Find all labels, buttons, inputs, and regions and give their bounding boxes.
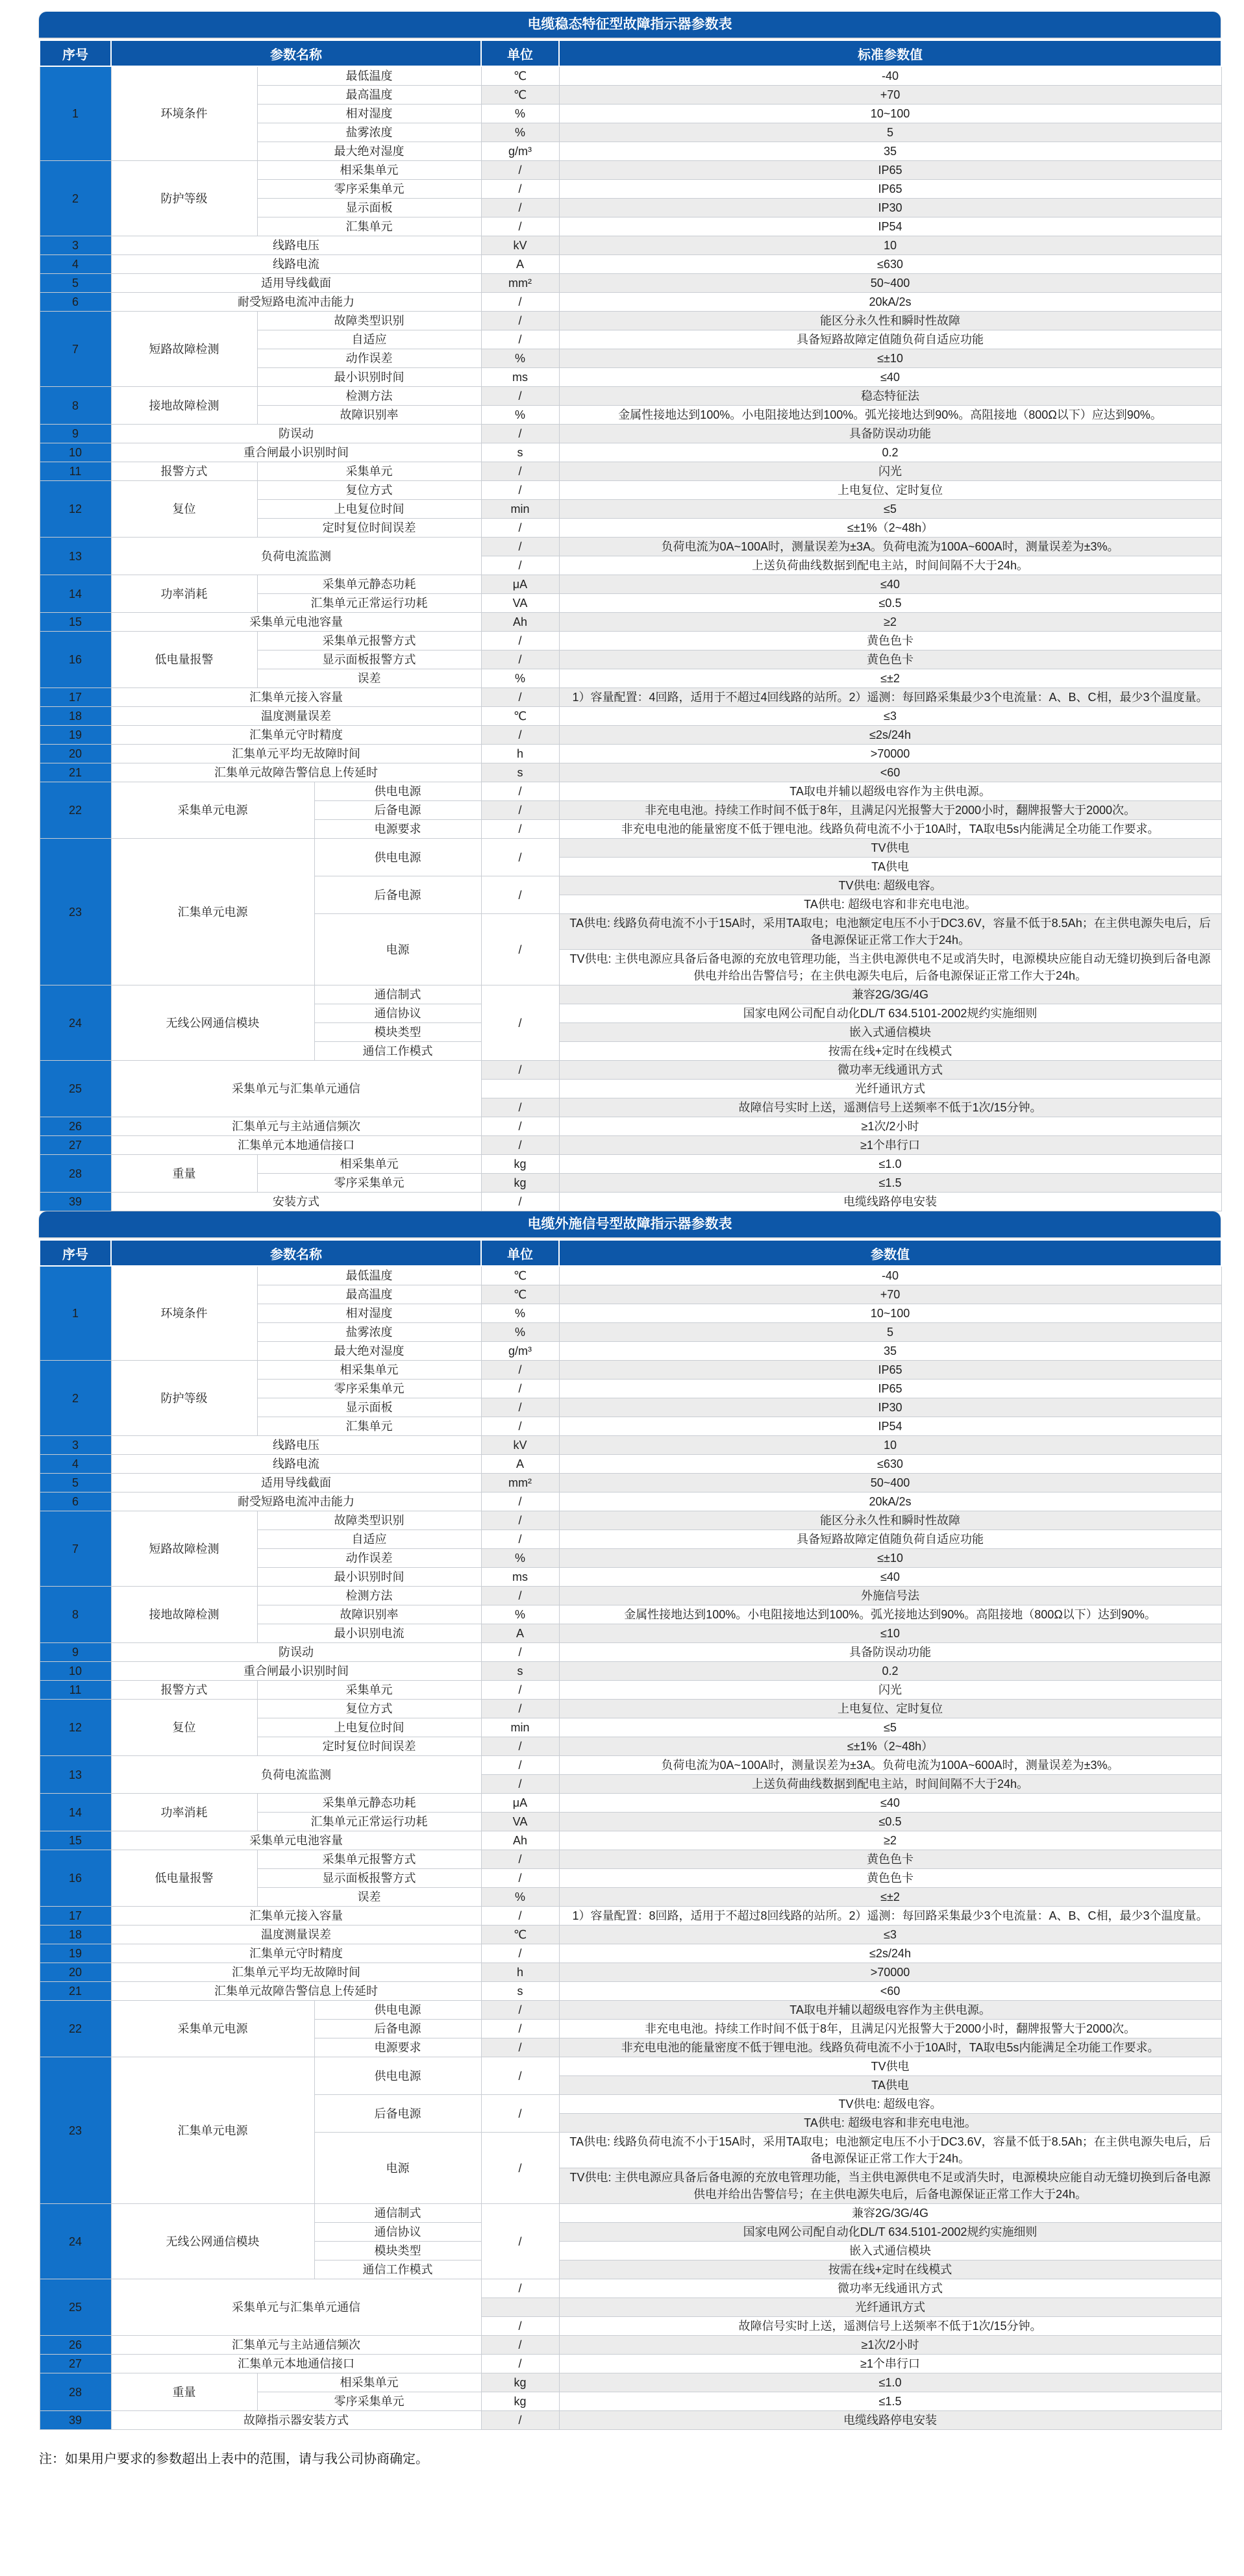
unit-cell: / [481, 387, 559, 406]
value-cell: 兼容2G/3G/4G [559, 2204, 1221, 2223]
unit-cell: ℃ [481, 1285, 559, 1304]
param-group-name-cell: 汇集单元平均无故障时间 [111, 745, 481, 763]
param-sub-name-cell: 定时复位时间误差 [257, 1737, 481, 1756]
value-cell: 1）容量配置：4回路，适用于不超过4回线路的站所。2）遥测：每回路采集最少3个电… [559, 688, 1221, 707]
param-group-name-cell: 耐受短路电流冲击能力 [111, 1492, 481, 1511]
param-group-name-cell: 汇集单元接入容量 [111, 688, 481, 707]
unit-cell: ms [481, 1568, 559, 1587]
value-cell: 20kA/2s [559, 1492, 1221, 1511]
table-row: 28重量相采集单元kg≤1.0 [40, 2373, 1221, 2392]
table-2-title: 电缆外施信号型故障指示器参数表 [39, 1211, 1221, 1237]
param-group-name-cell: 采集单元电池容量 [111, 1831, 481, 1850]
value-cell: ≤40 [559, 368, 1221, 387]
param-sub-name-cell: 汇集单元 [257, 217, 481, 236]
value-cell: ≤±1%（2~48h） [559, 1737, 1221, 1756]
unit-cell: kg [481, 1174, 559, 1193]
page: 电缆稳态特征型故障指示器参数表序号参数名称单位标准参数值1环境条件最低温度℃-4… [0, 0, 1244, 2484]
unit-cell: kg [481, 2392, 559, 2411]
param-group-name-cell: 故障指示器安装方式 [111, 2411, 481, 2430]
row-number-cell: 25 [40, 2279, 111, 2336]
value-cell: ≤0.5 [559, 1813, 1221, 1831]
value-cell: 兼容2G/3G/4G [559, 985, 1221, 1004]
unit-cell: / [481, 1117, 559, 1136]
row-number-cell: 21 [40, 1982, 111, 2001]
param-group-name-cell: 重量 [111, 2373, 257, 2411]
unit-cell: μA [481, 1794, 559, 1813]
value-cell: 故障信号实时上送，遥测信号上送频率不低于1次/15分钟。 [559, 2317, 1221, 2336]
value-cell: TA供电 [559, 2076, 1221, 2095]
param-sub-name-cell: 最大绝对湿度 [257, 142, 481, 161]
table-row: 16低电量报警采集单元报警方式/黄色色卡 [40, 632, 1221, 650]
value-cell: 光纤通讯方式 [559, 1080, 1221, 1098]
unit-cell: % [481, 349, 559, 368]
param-sub-name-cell: 最小识别时间 [257, 1568, 481, 1587]
row-number-cell: 7 [40, 312, 111, 387]
unit-cell: / [481, 1361, 559, 1380]
row-number-cell: 28 [40, 2373, 111, 2411]
param-group-name-cell: 复位 [111, 1700, 257, 1756]
unit-cell: / [481, 876, 559, 914]
value-cell: IP65 [559, 1380, 1221, 1398]
unit-cell: / [481, 161, 559, 180]
no-header: 序号 [40, 40, 111, 66]
table-row: 4线路电流A≤630 [40, 255, 1221, 274]
row-number-cell: 16 [40, 1850, 111, 1907]
value-cell: ≤40 [559, 1568, 1221, 1587]
value-cell: 负荷电流为0A~100A时，测量误差为±3A。负荷电流为100A~600A时，测… [559, 538, 1221, 556]
row-number-cell: 20 [40, 1963, 111, 1982]
value-cell: >70000 [559, 1963, 1221, 1982]
unit-cell: / [481, 556, 559, 575]
row-number-cell: 15 [40, 613, 111, 632]
unit-cell: VA [481, 594, 559, 613]
value-cell: 10 [559, 1436, 1221, 1455]
param-sub-name-cell: 采集单元静态功耗 [257, 1794, 481, 1813]
param-sub-name-cell: 汇集单元 [257, 1417, 481, 1436]
row-number-cell: 21 [40, 763, 111, 782]
table-row: 2防护等级相采集单元/IP65 [40, 161, 1221, 180]
param-group-name-cell: 环境条件 [111, 66, 257, 161]
unit-cell: mm² [481, 274, 559, 293]
table-row: 22采集单元电源供电电源/TA取电并辅以超级电容作为主供电源。 [40, 2001, 1221, 2020]
value-cell: 微功率无线通讯方式 [559, 1061, 1221, 1080]
value-cell: 国家电网公司配自动化DL/T 634.5101-2002规约实施细则 [559, 2223, 1221, 2242]
table-2-grid: 序号参数名称单位参数值1环境条件最低温度℃-40最高温度℃+70相对湿度%10~… [39, 1239, 1222, 2430]
param-sub-name-cell: 电源 [314, 2133, 481, 2204]
param-sub-name-cell: 误差 [257, 669, 481, 688]
value-cell: TV供电: 超级电容。 [559, 876, 1221, 895]
header-row: 序号参数名称单位标准参数值 [40, 40, 1221, 66]
param-sub-name-cell: 模块类型 [314, 1023, 481, 1042]
unit-cell: / [481, 1511, 559, 1530]
param-group-name-cell: 汇集单元故障告警信息上传延时 [111, 1982, 481, 2001]
unit-cell: A [481, 1624, 559, 1643]
unit-cell: / [481, 1700, 559, 1718]
value-cell: 10 [559, 236, 1221, 255]
param-group-name-cell: 报警方式 [111, 462, 257, 481]
unit-cell: / [481, 538, 559, 556]
unit-cell: / [481, 1398, 559, 1417]
unit-cell: A [481, 255, 559, 274]
value-cell: IP65 [559, 161, 1221, 180]
name-header: 参数名称 [111, 1240, 481, 1266]
param-sub-name-cell: 通信协议 [314, 2223, 481, 2242]
unit-cell: / [481, 1193, 559, 1211]
row-number-cell: 3 [40, 236, 111, 255]
value-cell: IP30 [559, 1398, 1221, 1417]
param-group-name-cell: 汇集单元本地通信接口 [111, 1136, 481, 1155]
table-row: 6耐受短路电流冲击能力/20kA/2s [40, 293, 1221, 312]
value-cell: 非充电电池。持续工作时间不低于8年，且满足闪光报警大于2000小时，翻牌报警大于… [559, 801, 1221, 820]
value-cell: 故障信号实时上送，遥测信号上送频率不低于1次/15分钟。 [559, 1098, 1221, 1117]
table-row: 13负荷电流监测/负荷电流为0A~100A时，测量误差为±3A。负荷电流为100… [40, 1756, 1221, 1775]
param-sub-name-cell: 故障识别率 [257, 1605, 481, 1624]
unit-cell: % [481, 123, 559, 142]
param-sub-name-cell: 显示面板 [257, 199, 481, 217]
value-cell: 外施信号法 [559, 1587, 1221, 1605]
value-cell: 微功率无线通讯方式 [559, 2279, 1221, 2298]
unit-cell [481, 1080, 559, 1098]
table-row: 39安装方式/电缆线路停电安装 [40, 1193, 1221, 1211]
value-cell: 0.2 [559, 443, 1221, 462]
unit-cell: / [481, 312, 559, 330]
value-cell: 上电复位、定时复位 [559, 1700, 1221, 1718]
value-cell: 闪光 [559, 462, 1221, 481]
table-row: 15采集单元电池容量Ah≥2 [40, 613, 1221, 632]
row-number-cell: 26 [40, 1117, 111, 1136]
unit-cell: ms [481, 368, 559, 387]
value-header: 标准参数值 [559, 40, 1221, 66]
table-row: 14功率消耗采集单元静态功耗μA≤40 [40, 1794, 1221, 1813]
unit-cell: / [481, 2204, 559, 2279]
unit-cell: / [481, 2095, 559, 2133]
table-row: 20汇集单元平均无故障时间h>70000 [40, 745, 1221, 763]
unit-cell: / [481, 801, 559, 820]
value-cell: ≤±1%（2~48h） [559, 519, 1221, 538]
unit-cell: % [481, 1549, 559, 1568]
value-cell: 5 [559, 1323, 1221, 1342]
value-cell: 非充电电池。持续工作时间不低于8年，且满足闪光报警大于2000小时，翻牌报警大于… [559, 2020, 1221, 2038]
row-number-cell: 11 [40, 1681, 111, 1700]
param-group-name-cell: 防护等级 [111, 161, 257, 236]
unit-cell: s [481, 1982, 559, 2001]
unit-cell: kg [481, 1155, 559, 1174]
value-cell: 非充电电池的能量密度不低于锂电池。线路负荷电流不小于10A时，TA取电5s内能满… [559, 820, 1221, 839]
value-cell: ≤0.5 [559, 594, 1221, 613]
table-row: 20汇集单元平均无故障时间h>70000 [40, 1963, 1221, 1982]
param-group-name-cell: 汇集单元平均无故障时间 [111, 1963, 481, 1982]
row-number-cell: 13 [40, 1756, 111, 1794]
value-cell: TV供电: 主供电源应具备后备电源的充放电管理功能，当主供电源供电不足或消失时，… [559, 2168, 1221, 2204]
param-group-name-cell: 采集单元与汇集单元通信 [111, 2279, 481, 2336]
value-cell: TV供电 [559, 2057, 1221, 2076]
value-cell: 金属性接地达到100%。小电阻接地达到100%。弧光接地达到90%。高阻接地（8… [559, 406, 1221, 425]
param-sub-name-cell: 采集单元 [257, 462, 481, 481]
value-cell: ≤1.0 [559, 2373, 1221, 2392]
param-group-name-cell: 重量 [111, 1155, 257, 1193]
row-number-cell: 19 [40, 726, 111, 745]
unit-cell: / [481, 1098, 559, 1117]
table-row: 25采集单元与汇集单元通信/微功率无线通讯方式 [40, 2279, 1221, 2298]
param-sub-name-cell: 通信制式 [314, 2204, 481, 2223]
param-group-name-cell: 接地故障检测 [111, 1587, 257, 1643]
param-sub-name-cell: 显示面板报警方式 [257, 650, 481, 669]
param-sub-name-cell: 采集单元静态功耗 [257, 575, 481, 594]
table-row: 28重量相采集单元kg≤1.0 [40, 1155, 1221, 1174]
row-number-cell: 4 [40, 1455, 111, 1474]
unit-cell: / [481, 1136, 559, 1155]
table-row: 10重合闸最小识别时间s0.2 [40, 443, 1221, 462]
unit-cell: mm² [481, 1474, 559, 1492]
table-row: 18温度测量误差℃≤3 [40, 707, 1221, 726]
table-row: 12复位复位方式/上电复位、定时复位 [40, 481, 1221, 500]
value-cell: 嵌入式通信模块 [559, 2242, 1221, 2260]
table-row: 9防误动/具备防误动功能 [40, 425, 1221, 443]
param-sub-name-cell: 模块类型 [314, 2242, 481, 2260]
row-number-cell: 26 [40, 2336, 111, 2355]
value-cell: 非充电电池的能量密度不低于锂电池。线路负荷电流不小于10A时，TA取电5s内能满… [559, 2038, 1221, 2057]
table-row: 7短路故障检测故障类型识别/能区分永久性和瞬时性故障 [40, 312, 1221, 330]
unit-cell: / [481, 481, 559, 500]
param-sub-name-cell: 通信工作模式 [314, 2260, 481, 2279]
row-number-cell: 10 [40, 1662, 111, 1681]
value-cell: 上送负荷曲线数据到配电主站，时间间隔不大于24h。 [559, 556, 1221, 575]
value-cell: ≤5 [559, 1718, 1221, 1737]
param-sub-name-cell: 故障类型识别 [257, 312, 481, 330]
value-cell: TA供电: 超级电容和非充电电池。 [559, 2114, 1221, 2133]
unit-cell: % [481, 1605, 559, 1624]
param-group-name-cell: 线路电压 [111, 1436, 481, 1455]
value-cell: 具备防误动功能 [559, 1643, 1221, 1662]
param-group-name-cell: 适用导线截面 [111, 1474, 481, 1492]
param-group-name-cell: 适用导线截面 [111, 274, 481, 293]
value-cell: ≤1.0 [559, 1155, 1221, 1174]
row-number-cell: 25 [40, 1061, 111, 1117]
param-sub-name-cell: 最小识别时间 [257, 368, 481, 387]
param-group-name-cell: 防护等级 [111, 1361, 257, 1436]
value-cell: 电缆线路停电安装 [559, 1193, 1221, 1211]
value-cell: ≤1.5 [559, 1174, 1221, 1193]
param-sub-name-cell: 盐雾浓度 [257, 123, 481, 142]
param-group-name-cell: 无线公网通信模块 [111, 985, 314, 1061]
row-number-cell: 18 [40, 1926, 111, 1944]
unit-cell: % [481, 406, 559, 425]
value-cell: TV供电: 超级电容。 [559, 2095, 1221, 2114]
param-group-name-cell: 重合闸最小识别时间 [111, 1662, 481, 1681]
value-cell: 35 [559, 1342, 1221, 1361]
row-number-cell: 27 [40, 2355, 111, 2373]
param-sub-name-cell: 显示面板 [257, 1398, 481, 1417]
param-sub-name-cell: 电源要求 [314, 2038, 481, 2057]
row-number-cell: 18 [40, 707, 111, 726]
unit-cell: / [481, 1587, 559, 1605]
param-sub-name-cell: 供电电源 [314, 839, 481, 876]
unit-cell: / [481, 726, 559, 745]
table-row: 18温度测量误差℃≤3 [40, 1926, 1221, 1944]
value-cell: ≤5 [559, 500, 1221, 519]
param-sub-name-cell: 复位方式 [257, 1700, 481, 1718]
table-row: 9防误动/具备防误动功能 [40, 1643, 1221, 1662]
unit-cell: / [481, 1681, 559, 1700]
row-number-cell: 12 [40, 481, 111, 538]
param-group-name-cell: 汇集单元守时精度 [111, 726, 481, 745]
table-row: 3线路电压kV10 [40, 1436, 1221, 1455]
value-cell: 能区分永久性和瞬时性故障 [559, 312, 1221, 330]
table-row: 23汇集单元电源供电电源/TV供电 [40, 839, 1221, 858]
value-cell: 能区分永久性和瞬时性故障 [559, 1511, 1221, 1530]
table-row: 21汇集单元故障告警信息上传延时s<60 [40, 1982, 1221, 2001]
value-cell: +70 [559, 1285, 1221, 1304]
value-cell: 黄色色卡 [559, 650, 1221, 669]
param-group-name-cell: 线路电流 [111, 255, 481, 274]
value-cell: TA供电: 超级电容和非充电电池。 [559, 895, 1221, 914]
unit-header: 单位 [481, 1240, 559, 1266]
row-number-cell: 39 [40, 1193, 111, 1211]
table-row: 1环境条件最低温度℃-40 [40, 1266, 1221, 1285]
value-cell: TV供电 [559, 839, 1221, 858]
value-cell: 0.2 [559, 1662, 1221, 1681]
value-cell: TV供电: 主供电源应具备后备电源的充放电管理功能，当主供电源供电不足或消失时，… [559, 950, 1221, 985]
value-cell: 按需在线+定时在线模式 [559, 1042, 1221, 1061]
value-cell: ≤3 [559, 707, 1221, 726]
param-group-name-cell: 线路电压 [111, 236, 481, 255]
param-group-name-cell: 采集单元电池容量 [111, 613, 481, 632]
value-cell: ≤±10 [559, 349, 1221, 368]
table-row: 19汇集单元守时精度/≤2s/24h [40, 1944, 1221, 1963]
value-cell: ≤40 [559, 575, 1221, 594]
row-number-cell: 24 [40, 2204, 111, 2279]
row-number-cell: 16 [40, 632, 111, 688]
unit-cell: / [481, 2336, 559, 2355]
table-row: 24无线公网通信模块通信制式/兼容2G/3G/4G [40, 2204, 1221, 2223]
unit-cell: / [481, 1380, 559, 1398]
unit-cell: / [481, 1850, 559, 1869]
value-cell: TA取电并辅以超级电容作为主供电源。 [559, 782, 1221, 801]
table-row: 14功率消耗采集单元静态功耗μA≤40 [40, 575, 1221, 594]
row-number-cell: 7 [40, 1511, 111, 1587]
unit-cell: / [481, 985, 559, 1061]
unit-cell: / [481, 914, 559, 985]
param-sub-name-cell: 最高温度 [257, 86, 481, 105]
param-group-name-cell: 功率消耗 [111, 575, 257, 613]
unit-cell: ℃ [481, 1266, 559, 1285]
row-number-cell: 17 [40, 1907, 111, 1926]
value-cell: <60 [559, 763, 1221, 782]
value-cell: 稳态特征法 [559, 387, 1221, 406]
value-cell: +70 [559, 86, 1221, 105]
table-1: 电缆稳态特征型故障指示器参数表序号参数名称单位标准参数值1环境条件最低温度℃-4… [39, 12, 1221, 1211]
row-number-cell: 22 [40, 2001, 111, 2057]
table-row: 11报警方式采集单元/闪光 [40, 462, 1221, 481]
row-number-cell: 8 [40, 387, 111, 425]
row-number-cell: 1 [40, 1266, 111, 1361]
param-group-name-cell: 防误动 [111, 1643, 481, 1662]
unit-cell: / [481, 2317, 559, 2336]
table-row: 17汇集单元接入容量/1）容量配置：4回路，适用于不超过4回线路的站所。2）遥测… [40, 688, 1221, 707]
unit-cell: ℃ [481, 86, 559, 105]
value-cell: <60 [559, 1982, 1221, 2001]
param-group-name-cell: 功率消耗 [111, 1794, 257, 1831]
unit-cell: / [481, 1492, 559, 1511]
table-row: 16低电量报警采集单元报警方式/黄色色卡 [40, 1850, 1221, 1869]
param-sub-name-cell: 后备电源 [314, 876, 481, 914]
param-group-name-cell: 汇集单元电源 [111, 839, 314, 985]
param-sub-name-cell: 零序采集单元 [257, 2392, 481, 2411]
param-group-name-cell: 采集单元电源 [111, 2001, 314, 2057]
param-sub-name-cell: 复位方式 [257, 481, 481, 500]
unit-cell: / [481, 1944, 559, 1963]
param-sub-name-cell: 检测方法 [257, 387, 481, 406]
unit-cell: / [481, 293, 559, 312]
row-number-cell: 5 [40, 1474, 111, 1492]
param-group-name-cell: 温度测量误差 [111, 1926, 481, 1944]
row-number-cell: 27 [40, 1136, 111, 1155]
param-group-name-cell: 报警方式 [111, 1681, 257, 1700]
unit-cell: s [481, 1662, 559, 1681]
value-cell: 具备防误动功能 [559, 425, 1221, 443]
unit-cell: / [481, 180, 559, 199]
param-sub-name-cell: 采集单元 [257, 1681, 481, 1700]
table-row: 19汇集单元守时精度/≤2s/24h [40, 726, 1221, 745]
unit-cell: / [481, 2057, 559, 2095]
table-row: 23汇集单元电源供电电源/TV供电 [40, 2057, 1221, 2076]
unit-cell: μA [481, 575, 559, 594]
unit-cell: / [481, 820, 559, 839]
row-number-cell: 2 [40, 1361, 111, 1436]
value-cell: -40 [559, 1266, 1221, 1285]
table-row: 10重合闸最小识别时间s0.2 [40, 1662, 1221, 1681]
table-1-grid: 序号参数名称单位标准参数值1环境条件最低温度℃-40最高温度℃+70相对湿度%1… [39, 40, 1222, 1211]
row-number-cell: 2 [40, 161, 111, 236]
unit-cell: / [481, 462, 559, 481]
param-sub-name-cell: 最小识别电流 [257, 1624, 481, 1643]
param-sub-name-cell: 显示面板报警方式 [257, 1869, 481, 1888]
param-sub-name-cell: 供电电源 [314, 782, 481, 801]
param-sub-name-cell: 自适应 [257, 330, 481, 349]
table-row: 26汇集单元与主站通信频次/≥1次/2小时 [40, 1117, 1221, 1136]
row-number-cell: 9 [40, 1643, 111, 1662]
table-row: 39故障指示器安装方式/电缆线路停电安装 [40, 2411, 1221, 2430]
row-number-cell: 1 [40, 66, 111, 161]
param-sub-name-cell: 故障类型识别 [257, 1511, 481, 1530]
unit-cell: / [481, 839, 559, 876]
param-sub-name-cell: 汇集单元正常运行功耗 [257, 1813, 481, 1831]
unit-cell: kg [481, 2373, 559, 2392]
row-number-cell: 23 [40, 839, 111, 985]
unit-cell: / [481, 1417, 559, 1436]
param-sub-name-cell: 动作误差 [257, 349, 481, 368]
unit-cell: / [481, 1643, 559, 1662]
value-cell: ≥1个串行口 [559, 2355, 1221, 2373]
value-cell: 50~400 [559, 1474, 1221, 1492]
name-header: 参数名称 [111, 40, 481, 66]
unit-cell: / [481, 2133, 559, 2204]
param-group-name-cell: 汇集单元本地通信接口 [111, 2355, 481, 2373]
param-sub-name-cell: 采集单元报警方式 [257, 1850, 481, 1869]
value-cell: ≥1次/2小时 [559, 2336, 1221, 2355]
unit-cell: / [481, 1737, 559, 1756]
param-sub-name-cell: 最低温度 [257, 66, 481, 86]
param-sub-name-cell: 相对湿度 [257, 1304, 481, 1323]
value-cell: 嵌入式通信模块 [559, 1023, 1221, 1042]
unit-cell: h [481, 745, 559, 763]
unit-cell [481, 2298, 559, 2317]
unit-cell: kV [481, 236, 559, 255]
table-row: 17汇集单元接入容量/1）容量配置：8回路，适用于不超过8回线路的站所。2）遥测… [40, 1907, 1221, 1926]
param-sub-name-cell: 电源 [314, 914, 481, 985]
unit-cell: / [481, 2355, 559, 2373]
row-number-cell: 20 [40, 745, 111, 763]
